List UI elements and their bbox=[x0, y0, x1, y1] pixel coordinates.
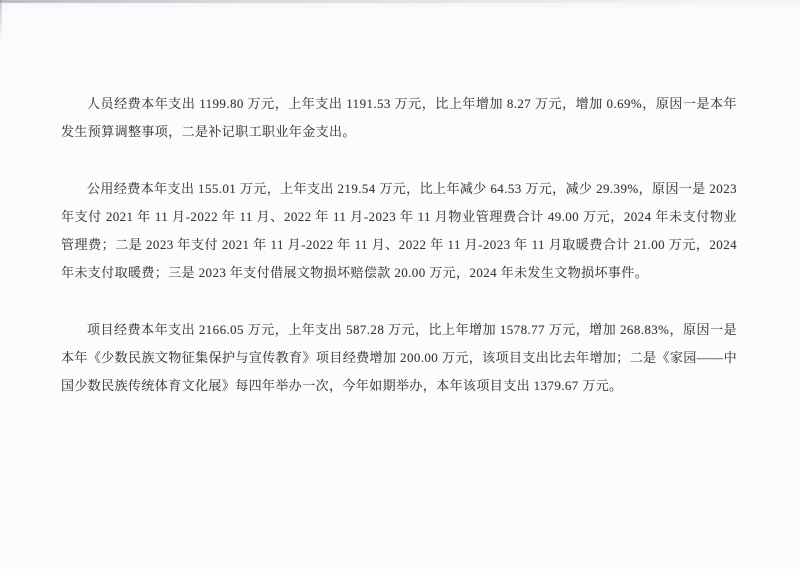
paragraph-personnel-expense: 人员经费本年支出 1199.80 万元，上年支出 1191.53 万元，比上年增… bbox=[61, 90, 737, 146]
document-text-block: 人员经费本年支出 1199.80 万元，上年支出 1191.53 万元，比上年增… bbox=[61, 90, 737, 400]
scanner-edge-shadow-top bbox=[0, 0, 736, 3]
scanned-page: 人员经费本年支出 1199.80 万元，上年支出 1191.53 万元，比上年增… bbox=[0, 0, 800, 569]
scanner-edge-shadow-left bbox=[0, 0, 2, 40]
paragraph-project-expense: 项目经费本年支出 2166.05 万元，上年支出 587.28 万元，比上年增加… bbox=[61, 316, 737, 400]
paragraph-public-expense: 公用经费本年支出 155.01 万元，上年支出 219.54 万元，比上年减少 … bbox=[61, 175, 737, 287]
